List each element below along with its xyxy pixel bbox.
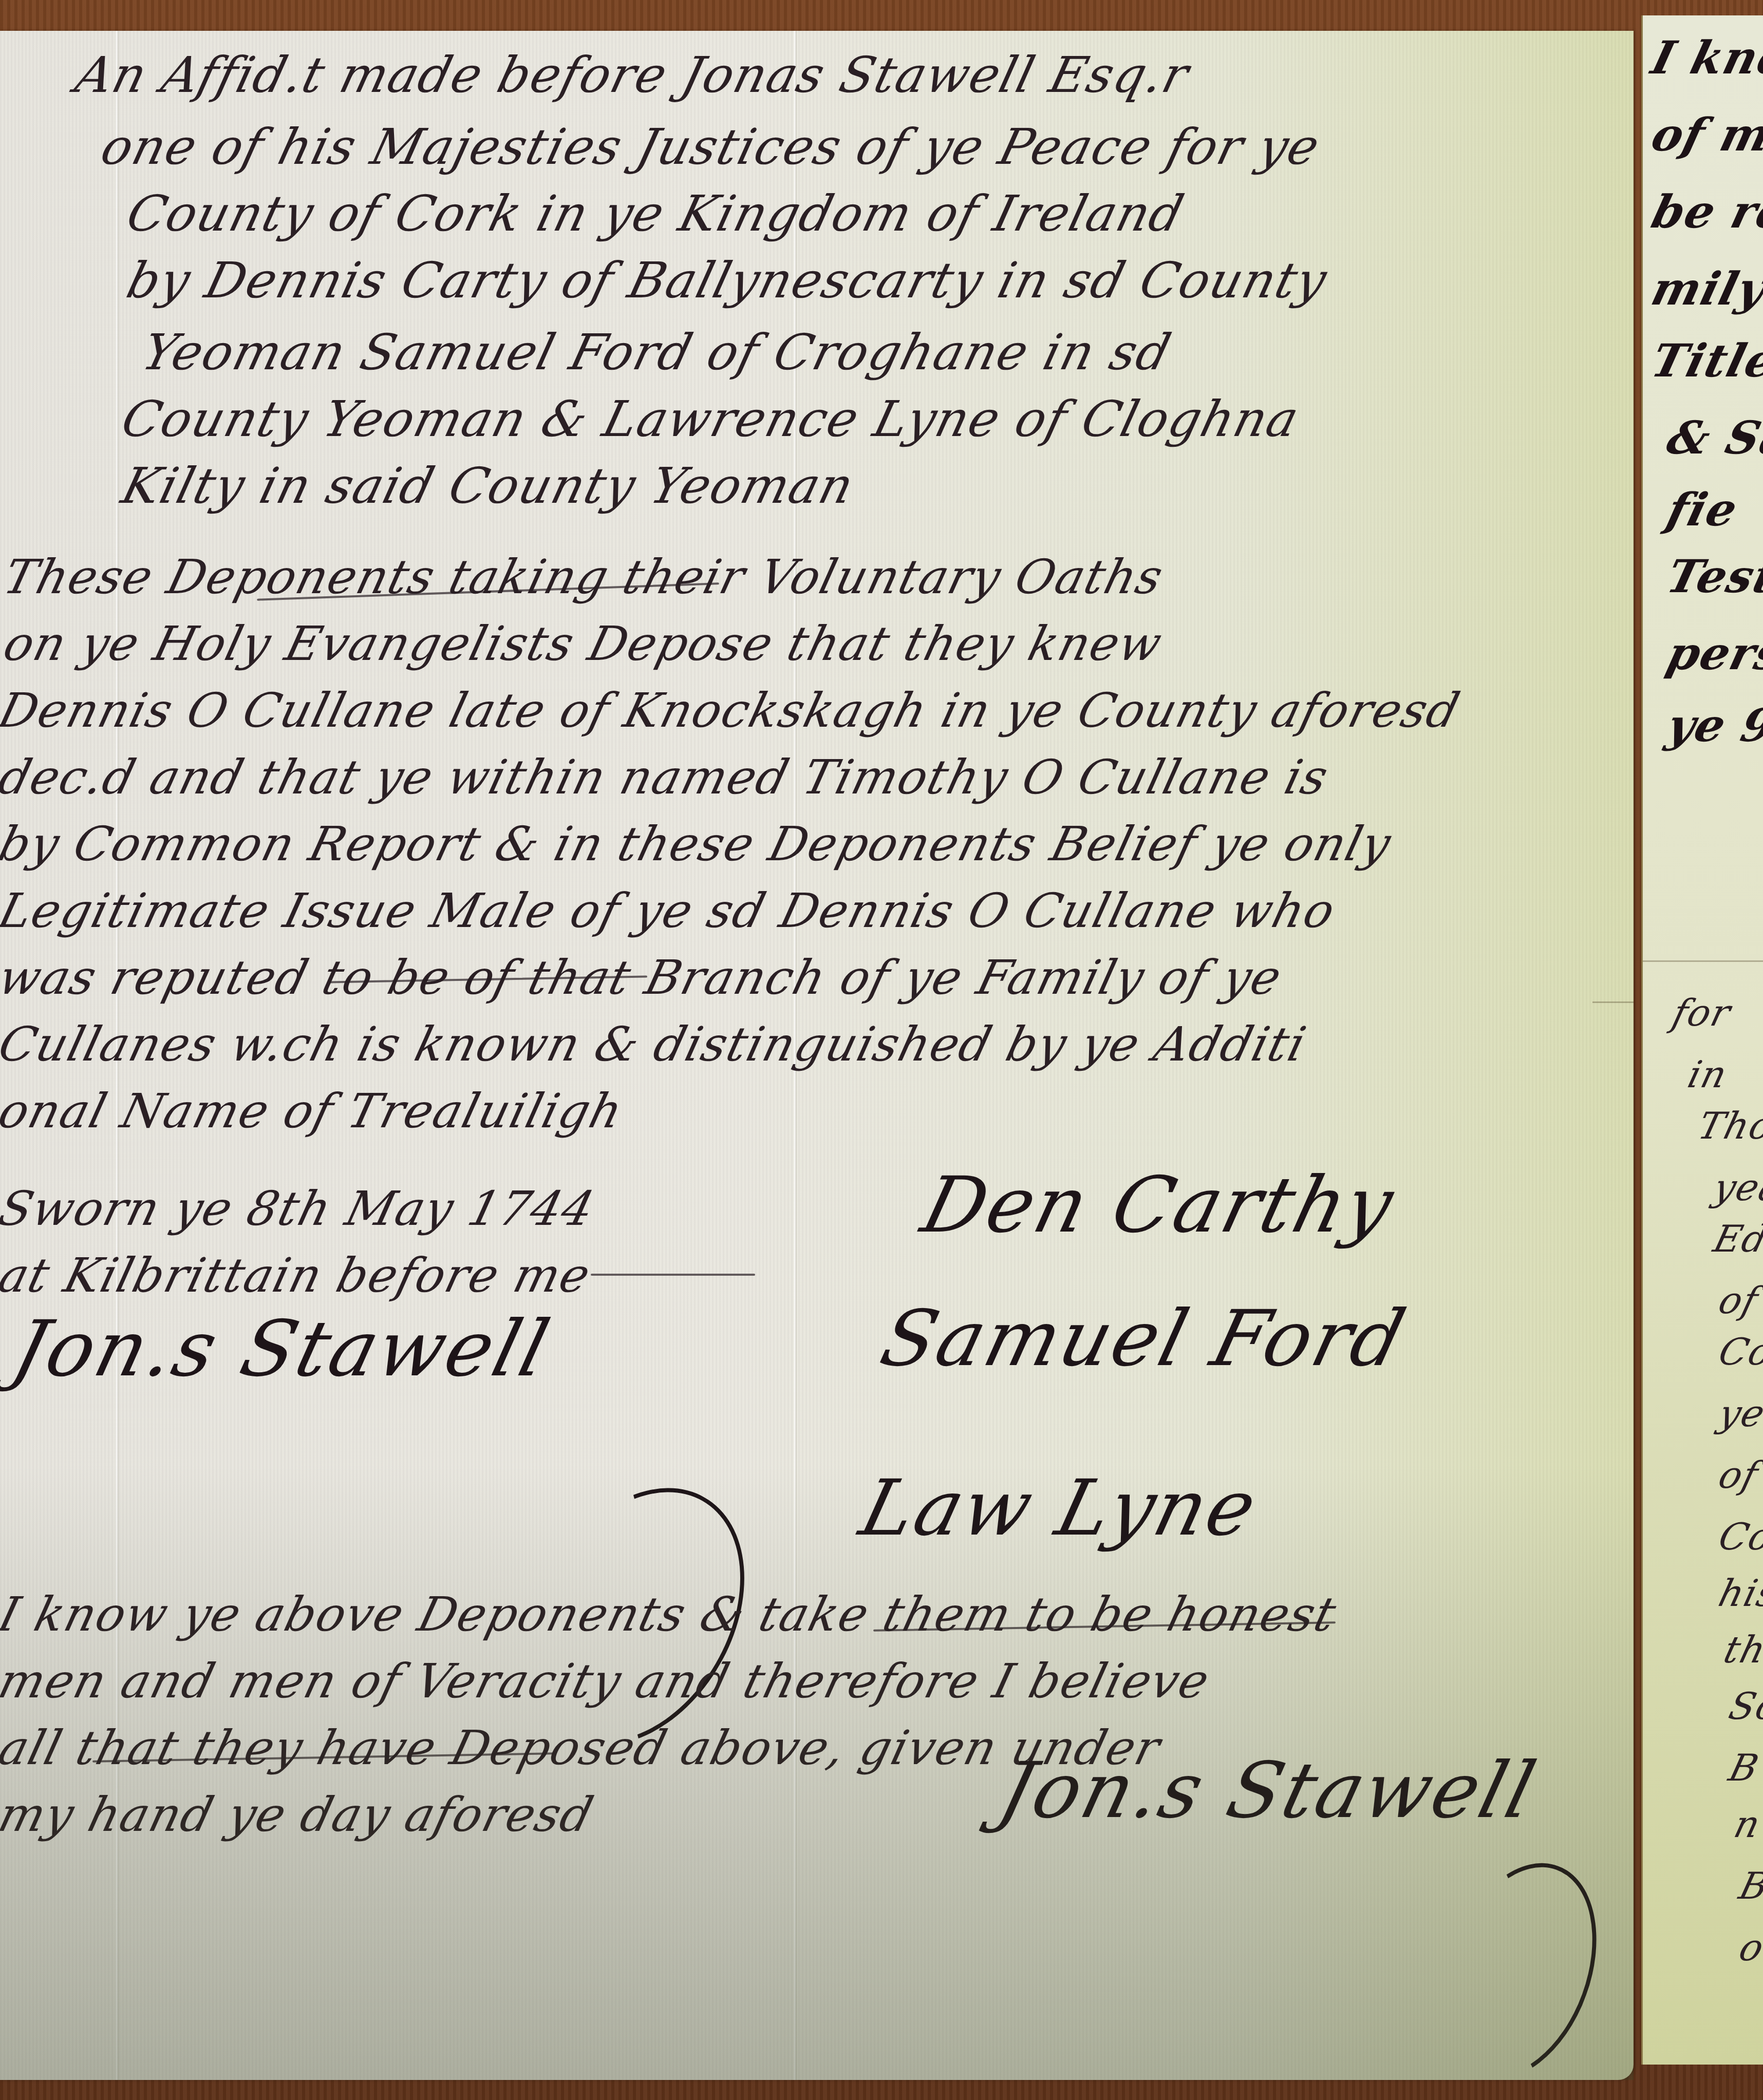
signature-samuel-ford: Samuel Ford	[872, 1294, 1415, 1384]
side-fragment: his	[1715, 1572, 1763, 1615]
heading-line: Kilty in said County Yeoman	[116, 457, 860, 515]
fold-line	[1592, 1001, 1634, 1003]
certificate-line: I know ye above Deponents & take them to…	[0, 1587, 1342, 1642]
fold-line	[1643, 960, 1763, 962]
certificate-line: men and men of Veracity and therefore I …	[0, 1654, 1215, 1709]
side-fragment: yea	[1710, 1166, 1763, 1209]
jurat-line: Sworn ye 8th May 1744	[0, 1181, 601, 1236]
side-fragment: ye 9	[1662, 698, 1763, 752]
adjacent-page: I knew of my be rep mily Title & Sa fie …	[1641, 15, 1763, 2065]
side-fragment: B	[1725, 1746, 1763, 1789]
heading-line: An Affid.t made before Jonas Stawell Esq…	[70, 46, 1195, 104]
side-fragment: & Sa	[1662, 411, 1763, 464]
side-fragment: B	[1735, 1864, 1763, 1907]
side-fragment: pers	[1662, 627, 1763, 680]
body-line: Cullanes w.ch is known & distinguished b…	[0, 1017, 1312, 1072]
strikethrough	[591, 1274, 755, 1276]
side-fragment: fie	[1662, 483, 1743, 536]
heading-line: one of his Majesties Justices of ye Peac…	[96, 118, 1326, 176]
side-fragment: Tho	[1694, 1104, 1763, 1147]
body-line: onal Name of Trealuiligh	[0, 1084, 629, 1139]
side-fragment: I knew	[1646, 31, 1763, 84]
side-fragment: Ed	[1710, 1217, 1763, 1260]
certificate-line: my hand ye day aforesd	[0, 1787, 599, 1842]
side-fragment: Co	[1715, 1330, 1763, 1373]
side-fragment: yea	[1715, 1392, 1763, 1435]
side-fragment: n	[1730, 1803, 1763, 1846]
side-fragment: in	[1684, 1053, 1732, 1096]
manuscript-page: An Affid.t made before Jonas Stawell Esq…	[0, 31, 1634, 2080]
side-fragment: of my	[1646, 108, 1763, 161]
heading-line: County of Cork in ye Kingdom of Ireland	[121, 185, 1190, 242]
signature-flourish	[1415, 1842, 1624, 2100]
side-fragment: Testi	[1662, 550, 1763, 603]
side-fragment: So	[1725, 1685, 1763, 1728]
signature-den-carthy: Den Carthy	[913, 1161, 1403, 1250]
side-fragment: be rep	[1646, 185, 1763, 238]
certificate-signature: Jon.s Stawell	[990, 1746, 1545, 1836]
side-fragment: mily	[1646, 262, 1763, 315]
heading-line: Yeoman Samuel Ford of Croghane in sd	[137, 324, 1177, 381]
side-fragment: o	[1735, 1926, 1763, 1969]
side-fragment: of C	[1715, 1453, 1763, 1497]
side-fragment: Title	[1646, 334, 1763, 387]
side-fragment: of	[1715, 1279, 1763, 1322]
body-line: These Deponents taking their Voluntary O…	[0, 550, 1169, 604]
heading-line: by Dennis Carty of Ballynescarty in sd C…	[121, 252, 1333, 309]
body-line: dec.d and that ye within named Timothy O…	[0, 750, 1334, 805]
body-line: Dennis O Cullane late of Knockskagh in y…	[0, 683, 1466, 738]
signature-law-lyne: Law Lyne	[852, 1464, 1267, 1553]
body-line: by Common Report & in these Deponents Be…	[0, 817, 1397, 872]
magistrate-signature: Jon.s Stawell	[4, 1304, 559, 1394]
jurat-line: at Kilbrittain before me	[0, 1248, 596, 1303]
certificate-line: all that they have Deposed above, given …	[0, 1720, 1167, 1775]
body-line: Legitimate Issue Male of ye sd Dennis O …	[0, 883, 1341, 938]
heading-line: County Yeoman & Lawrence Lyne of Cloghna	[116, 390, 1305, 448]
body-line: on ye Holy Evangelists Depose that they …	[0, 616, 1168, 671]
side-fragment: the	[1720, 1628, 1763, 1671]
side-fragment: for	[1668, 991, 1736, 1034]
side-fragment: Co	[1715, 1515, 1763, 1558]
